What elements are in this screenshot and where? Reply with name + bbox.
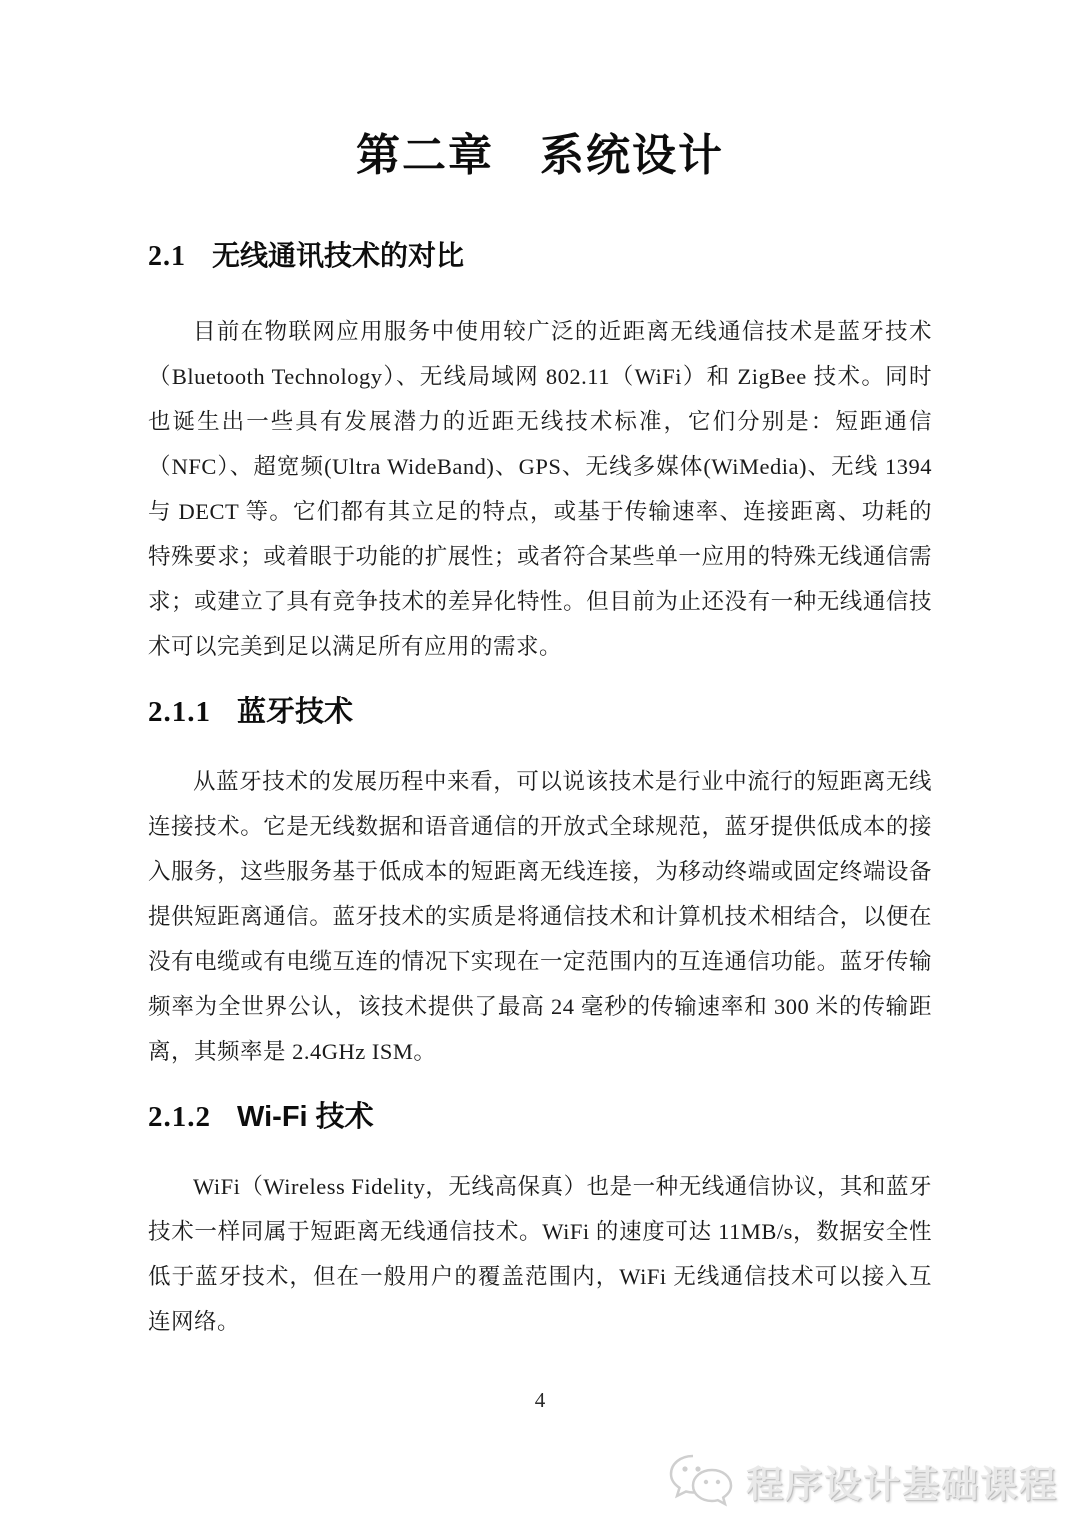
section-heading-2-1-2: 2.1.2Wi-Fi 技术: [148, 1096, 932, 1138]
paragraph-wireless-overview: 目前在物联网应用服务中使用较广泛的近距离无线通信技术是蓝牙技术（Bluetoot…: [148, 309, 932, 669]
section-title: Wi-Fi 技术: [237, 1101, 374, 1133]
watermark-text: 程序设计基础课程: [746, 1454, 1058, 1508]
section-heading-2-1-1: 2.1.1蓝牙技术: [148, 691, 932, 733]
paragraph-bluetooth: 从蓝牙技术的发展历程中来看，可以说该技术是行业中流行的短距离无线连接技术。它是无…: [148, 759, 932, 1074]
chapter-title: 第二章 系统设计: [148, 0, 932, 184]
section-number: 2.1.1: [148, 696, 211, 728]
page-number: 4: [0, 1388, 1080, 1413]
section-number: 2.1: [148, 241, 186, 272]
section-number: 2.1.2: [148, 1101, 211, 1133]
section-title: 蓝牙技术: [237, 696, 353, 728]
document-page: 第二章 系统设计 2.1无线通讯技术的对比 目前在物联网应用服务中使用较广泛的近…: [0, 0, 1080, 1527]
paragraph-wifi: WiFi（Wireless Fidelity，无线高保真）也是一种无线通信协议，…: [148, 1164, 932, 1344]
page-content: 第二章 系统设计 2.1无线通讯技术的对比 目前在物联网应用服务中使用较广泛的近…: [148, 0, 932, 1344]
watermark: 程序设计基础课程: [666, 1452, 1058, 1510]
section-title: 无线通讯技术的对比: [212, 240, 464, 271]
wechat-icon: [666, 1452, 736, 1510]
section-heading-2-1: 2.1无线通讯技术的对比: [148, 236, 932, 277]
